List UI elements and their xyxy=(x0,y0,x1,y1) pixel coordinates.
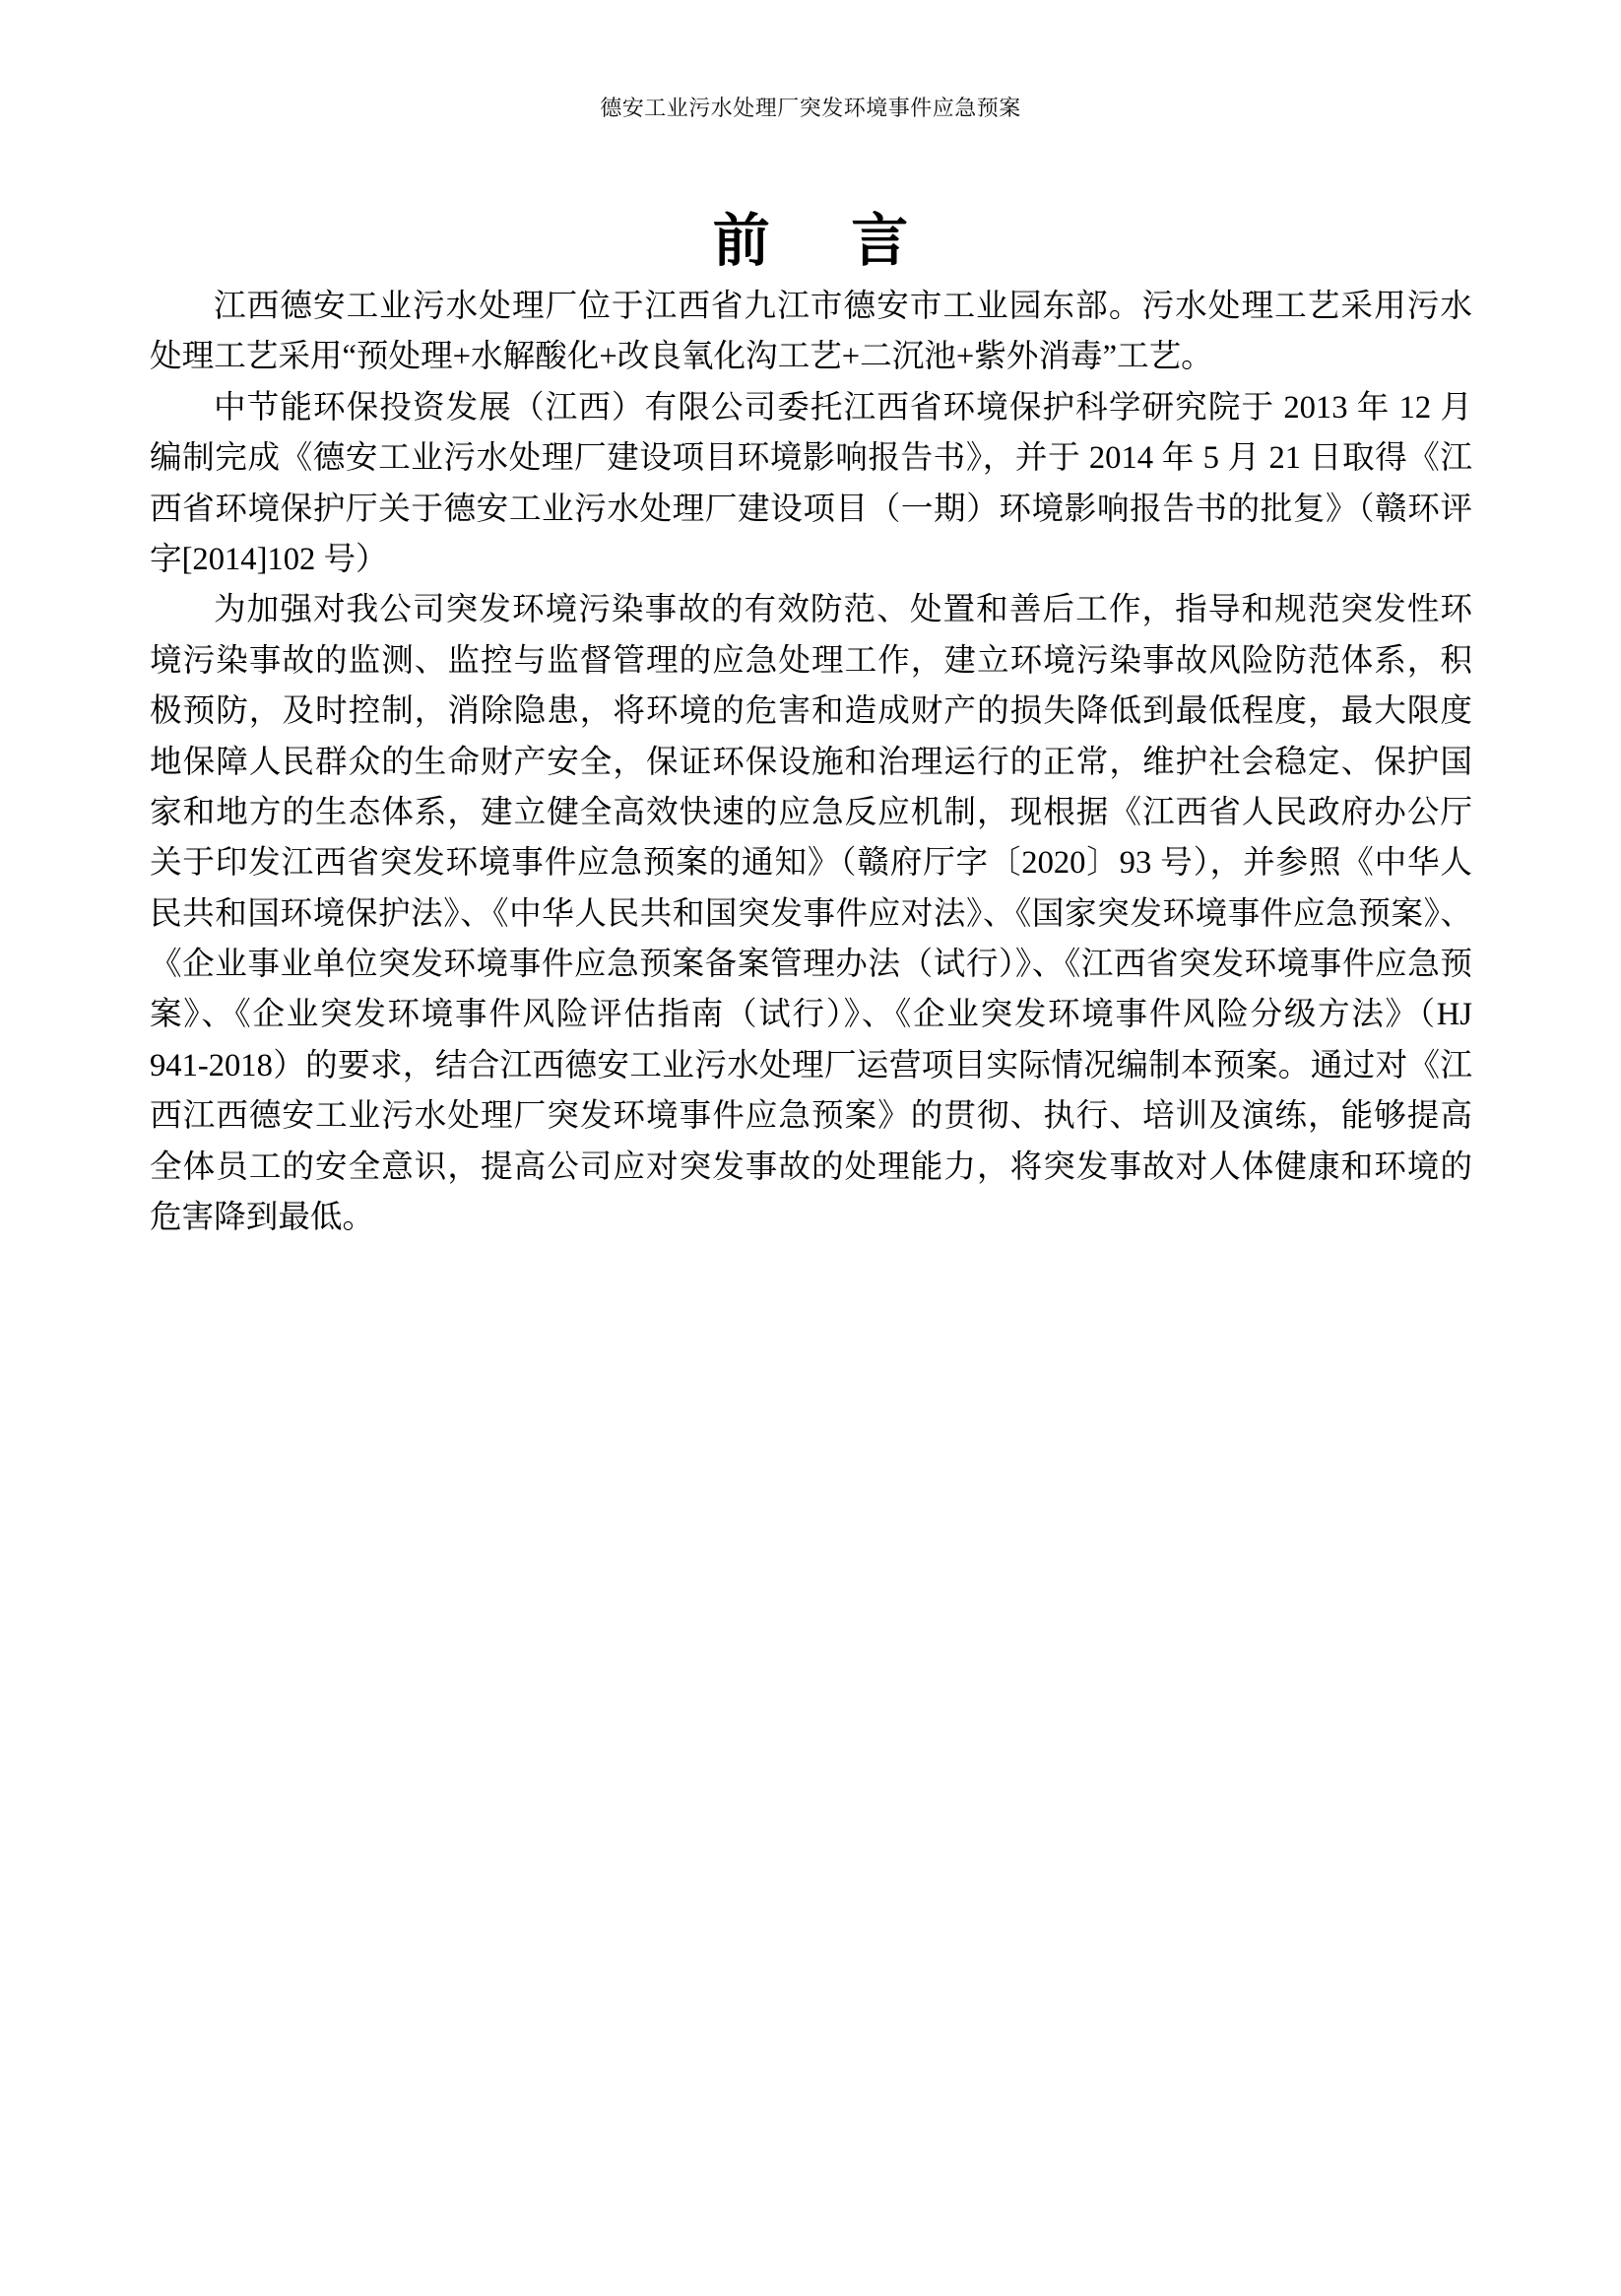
paragraph-line: 处理工艺采用“预处理+水解酸化+改良氧化沟工艺+二沉池+紫外消毒”工艺。 xyxy=(150,332,1472,382)
paragraph-line: 案》、《企业突发环境事件风险评估指南（试行）》、《企业突发环境事件风险分级方法》… xyxy=(150,990,1472,1040)
paragraph-location: 江西德安工业污水处理厂位于江西省九江市德安市工业园东部。污水处理工艺采用污水 处… xyxy=(150,282,1472,383)
paragraph-line: 《企业事业单位突发环境事件应急预案备案管理办法（试行）》、《江西省突发环境事件应… xyxy=(150,940,1472,990)
paragraph-line: 民共和国环境保护法》、《中华人民共和国突发事件应对法》、《国家突发环境事件应急预… xyxy=(150,889,1472,940)
paragraph-line: 中节能环保投资发展（江西）有限公司委托江西省环境保护科学研究院于 2013 年 … xyxy=(150,383,1472,433)
paragraph-line: 危害降到最低。 xyxy=(150,1193,1472,1243)
running-header: 德安工业污水处理厂突发环境事件应急预案 xyxy=(0,96,1621,121)
paragraph-line: 家和地方的生态体系，建立健全高效快速的应急反应机制，现根据《江西省人民政府办公厅 xyxy=(150,788,1472,838)
paragraph-line: 字[2014]102 号） xyxy=(150,535,1472,585)
paragraph-eia-history: 中节能环保投资发展（江西）有限公司委托江西省环境保护科学研究院于 2013 年 … xyxy=(150,383,1472,586)
paragraph-line: 江西德安工业污水处理厂位于江西省九江市德安市工业园东部。污水处理工艺采用污水 xyxy=(150,282,1472,332)
page-title: 前 言 xyxy=(0,209,1621,274)
paragraph-line: 极预防，及时控制，消除隐患，将环境的危害和造成财产的损失降低到最低程度，最大限度 xyxy=(150,687,1472,737)
paragraph-line: 941-2018）的要求，结合江西德安工业污水处理厂运营项目实际情况编制本预案。… xyxy=(150,1041,1472,1091)
paragraph-line: 全体员工的安全意识，提高公司应对突发事故的处理能力，将突发事故对人体健康和环境的 xyxy=(150,1143,1472,1193)
paragraph-line: 为加强对我公司突发环境污染事故的有效防范、处置和善后工作，指导和规范突发性环 xyxy=(150,585,1472,635)
paragraph-line: 西省环境保护厅关于德安工业污水处理厂建设项目（一期）环境影响报告书的批复》（赣环… xyxy=(150,485,1472,535)
paragraph-line: 西江西德安工业污水处理厂突发环境事件应急预案》的贯彻、执行、培训及演练，能够提高 xyxy=(150,1091,1472,1142)
paragraph-line: 地保障人民群众的生命财产安全，保证环保设施和治理运行的正常，维护社会稳定、保护国 xyxy=(150,738,1472,788)
paragraph-line: 关于印发江西省突发环境事件应急预案的通知》（赣府厅字〔2020〕93 号），并参… xyxy=(150,838,1472,888)
document-body: 江西德安工业污水处理厂位于江西省九江市德安市工业园东部。污水处理工艺采用污水 处… xyxy=(150,282,1472,1243)
paragraph-line: 编制完成《德安工业污水处理厂建设项目环境影响报告书》，并于 2014 年 5 月… xyxy=(150,433,1472,484)
paragraph-purpose-basis: 为加强对我公司突发环境污染事故的有效防范、处置和善后工作，指导和规范突发性环 境… xyxy=(150,585,1472,1243)
paragraph-line: 境污染事故的监测、监控与监督管理的应急处理工作，建立环境污染事故风险防范体系，积 xyxy=(150,636,1472,687)
